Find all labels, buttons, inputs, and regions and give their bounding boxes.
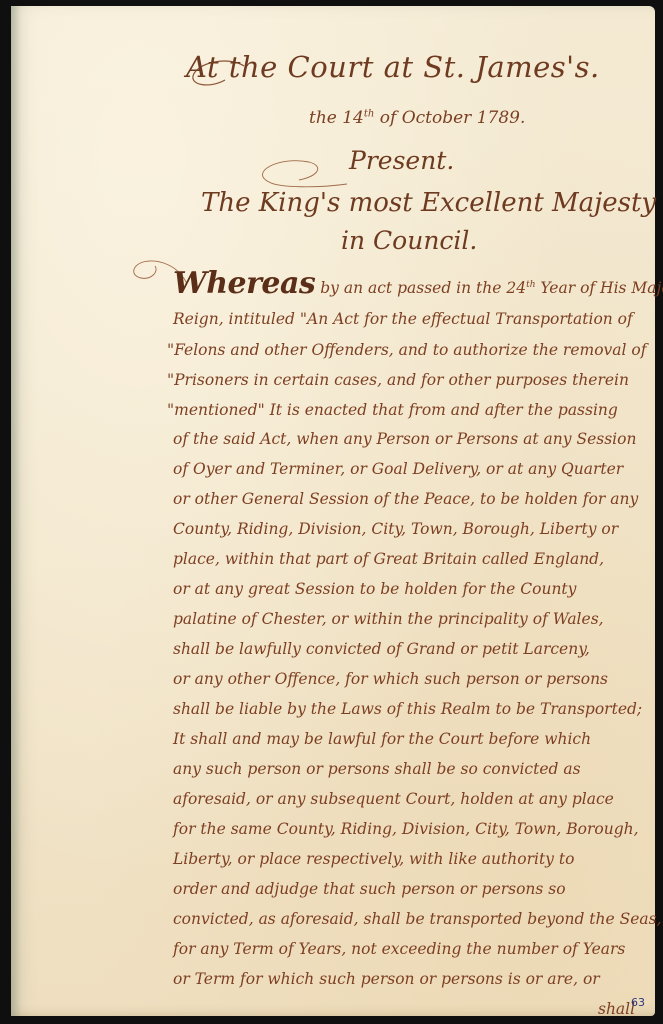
body-line: order and adjudge that such person or pe… — [173, 880, 566, 898]
body-line: Liberty, or place respectively, with lik… — [173, 850, 574, 868]
majesty-heading: The King's most Excellent Majesty — [201, 188, 656, 218]
date-prefix: the 14 — [309, 108, 364, 128]
document-date: the 14th of October 1789. — [309, 108, 525, 128]
folio-number: 63 — [631, 996, 645, 1009]
date-suffix: of October 1789. — [374, 108, 525, 128]
body-line: any such person or persons shall be so c… — [173, 760, 581, 778]
council-heading: in Council. — [341, 226, 477, 255]
body-line: shall be liable by the Laws of this Real… — [173, 700, 642, 718]
body-line: convicted, as aforesaid, shall be transp… — [173, 910, 662, 928]
body-line: "mentioned" It is enacted that from and … — [167, 401, 618, 419]
opening-line-superscript: th — [526, 280, 535, 290]
body-line: aforesaid, or any subsequent Court, hold… — [173, 790, 614, 808]
body-line: "Felons and other Offenders, and to auth… — [167, 341, 646, 359]
body-line: shall be lawfully convicted of Grand or … — [173, 640, 590, 658]
manuscript-page: At the Court at St. James's. the 14th of… — [11, 6, 655, 1016]
date-superscript: th — [364, 108, 374, 119]
body-line: palatine of Chester, or within the princ… — [173, 610, 604, 628]
body-line: It shall and may be lawful for the Court… — [173, 730, 591, 748]
present-heading: Present. — [349, 146, 454, 175]
body-line-opening: Whereas by an act passed in the 24th Yea… — [173, 266, 663, 301]
body-line: County, Riding, Division, City, Town, Bo… — [173, 520, 618, 538]
whereas-initial-word: Whereas — [173, 266, 315, 301]
body-line: or Term for which such person or persons… — [173, 970, 600, 988]
body-line: of the said Act, when any Person or Pers… — [173, 430, 636, 448]
page-edge-shadow — [11, 6, 21, 1016]
body-line: or at any great Session to be holden for… — [173, 580, 576, 598]
opening-line-part-a: by an act passed in the 24 — [315, 279, 526, 297]
body-line: place, within that part of Great Britain… — [173, 550, 604, 568]
body-line: for the same County, Riding, Division, C… — [173, 820, 639, 838]
catchword: shall — [598, 1000, 635, 1018]
body-line: Reign, intituled "An Act for the effectu… — [173, 310, 633, 328]
body-line: or any other Offence, for which such per… — [173, 670, 608, 688]
opening-line-part-b: Year of His Majesty's — [536, 279, 663, 297]
body-line: or other General Session of the Peace, t… — [173, 490, 638, 508]
document-title: At the Court at St. James's. — [186, 50, 600, 84]
body-line: "Prisoners in certain cases, and for oth… — [167, 371, 629, 389]
body-line: for any Term of Years, not exceeding the… — [173, 940, 625, 958]
body-line: of Oyer and Terminer, or Goal Delivery, … — [173, 460, 623, 478]
